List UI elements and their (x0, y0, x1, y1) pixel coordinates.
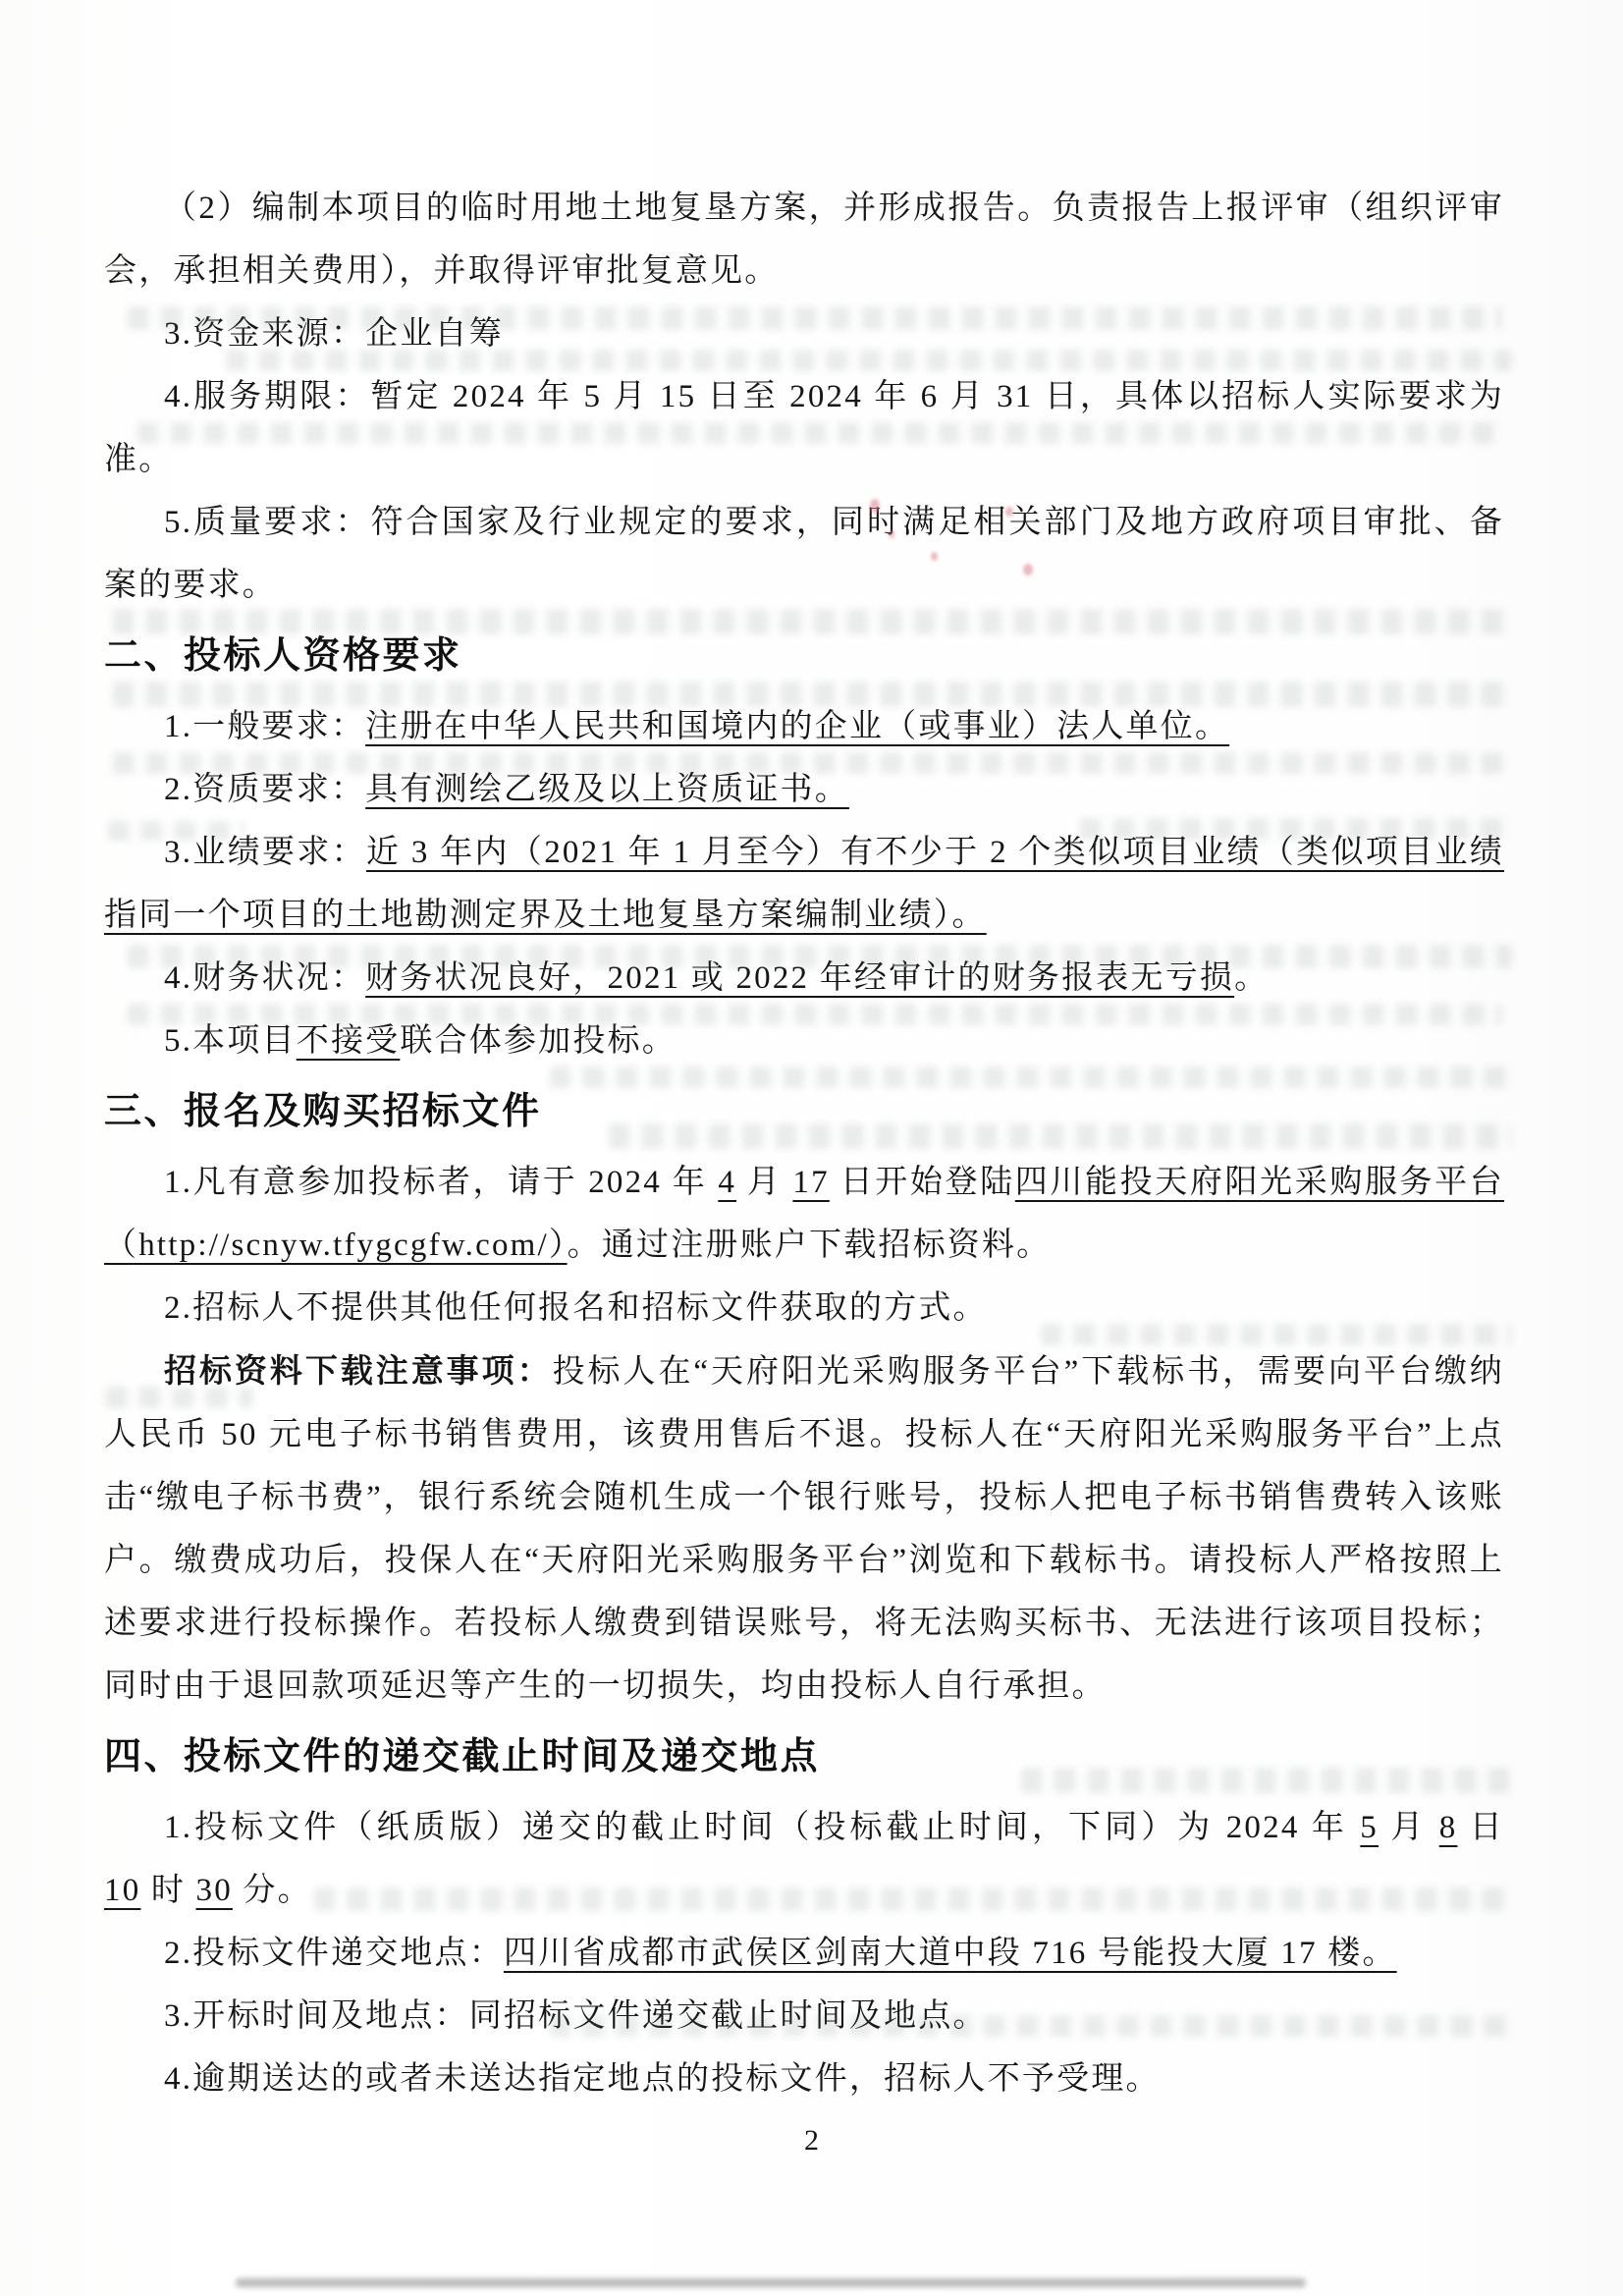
underlined-day: 17 (792, 1165, 829, 1200)
item-text: 5.本项目 (164, 1023, 297, 1059)
underlined-day: 8 (1439, 1810, 1458, 1845)
item-qualification-requirement: 2.资质要求：具有测绘乙级及以上资质证书。 (104, 758, 1504, 821)
notice-body-text: 投标人在“天府阳光采购服务平台”下载标书，需要向平台缴纳人民币 50 元电子标书… (104, 1354, 1504, 1704)
item-label: 2.投标文件递交地点： (164, 1936, 504, 1971)
heading-bidder-qualifications: 二、投标人资格要求 (104, 623, 1504, 689)
item-text: 时 (140, 1873, 195, 1908)
item-submission-deadline-line2: 10 时 30 分。 (104, 1859, 1504, 1922)
page-bottom-shadow (236, 2278, 1306, 2287)
para-download-notice: 招标资料下载注意事项：投标人在“天府阳光采购服务平台”下载标书，需要向平台缴纳人… (104, 1339, 1504, 1718)
item-quality-requirement: 5.质量要求：符合国家及行业规定的要求，同时满足相关部门及地方政府项目审批、备案… (104, 491, 1504, 617)
scan-speckle (870, 499, 880, 513)
item-no-consortium: 5.本项目不接受联合体参加投标。 (104, 1010, 1504, 1072)
scan-speckle (931, 552, 938, 561)
underlined-requirement-text: 财务状况良好，2021 或 2022 年经审计的财务报表无亏损 (365, 960, 1234, 996)
item-bid-opening: 3.开标时间及地点：同招标文件递交截止时间及地点。 (104, 1985, 1504, 2048)
item-text: 月 (1379, 1810, 1439, 1845)
item-text: 。通过注册账户下载招标资料。 (568, 1228, 1052, 1263)
underlined-hour: 10 (104, 1873, 140, 1908)
item-text: 月 (736, 1165, 792, 1200)
underlined-requirement-text: 注册在中华人民共和国境内的企业（或事业）法人单位。 (365, 709, 1229, 744)
item-text: 1.凡有意参加投标者，请于 2024 年 (164, 1165, 718, 1200)
underlined-month: 4 (718, 1165, 736, 1200)
scan-speckle (1005, 507, 1013, 517)
document-content: （2）编制本项目的临时用地土地复垦方案，并形成报告。负责报告上报评审（组织评审会… (104, 177, 1504, 2110)
item-text: 联合体参加投标。 (400, 1023, 676, 1059)
scan-speckle (889, 530, 894, 538)
item-financial-status: 4.财务状况：财务状况良好，2021 或 2022 年经审计的财务报表无亏损。 (104, 947, 1504, 1010)
heading-registration-and-purchase: 三、报名及购买招标文件 (104, 1078, 1504, 1145)
item-text: 日开始登陆 (830, 1165, 1015, 1200)
item-performance-requirement: 3.业绩要求：近 3 年内（2021 年 1 月至今）有不少于 2 个类似项目业… (104, 821, 1504, 947)
para-land-reclamation: （2）编制本项目的临时用地土地复垦方案，并形成报告。负责报告上报评审（组织评审会… (104, 177, 1504, 302)
item-text: 分。 (233, 1873, 312, 1908)
page-number: 2 (0, 2121, 1623, 2160)
underlined-month: 5 (1360, 1810, 1379, 1845)
item-submission-deadline-line1: 1.投标文件（纸质版）递交的截止时间（投标截止时间，下同）为 2024 年 5 … (104, 1796, 1504, 1859)
underlined-requirement-text: 具有测绘乙级及以上资质证书。 (365, 772, 849, 807)
item-no-other-method: 2.招标人不提供其他任何报名和招标文件获取的方式。 (104, 1277, 1504, 1339)
item-label: 2.资质要求： (164, 772, 365, 807)
item-label: 1.一般要求： (164, 709, 365, 744)
item-late-submission: 4.逾期送达的或者未送达指定地点的投标文件，招标人不予受理。 (104, 2048, 1504, 2110)
document-page: （2）编制本项目的临时用地土地复垦方案，并形成报告。负责报告上报评审（组织评审会… (0, 0, 1623, 2296)
item-label: 4.财务状况： (164, 960, 365, 996)
item-registration-platform: 1.凡有意参加投标者，请于 2024 年 4 月 17 日开始登陆四川能投天府阳… (104, 1151, 1504, 1277)
scan-speckle (1023, 564, 1033, 575)
underlined-emphasis: 不接受 (297, 1023, 401, 1059)
item-label: 3.业绩要求： (164, 835, 366, 870)
notice-bold-label: 招标资料下载注意事项： (164, 1352, 553, 1389)
underlined-minute: 30 (196, 1873, 233, 1908)
item-text: 1.投标文件（纸质版）递交的截止时间（投标截止时间，下同）为 2024 年 (164, 1810, 1360, 1845)
item-text: 日 (1457, 1810, 1504, 1845)
item-general-requirement: 1.一般要求：注册在中华人民共和国境内的企业（或事业）法人单位。 (104, 695, 1504, 758)
heading-submission-deadline-location: 四、投标文件的递交截止时间及递交地点 (104, 1723, 1504, 1790)
item-service-period: 4.服务期限：暂定 2024 年 5 月 15 日至 2024 年 6 月 31… (104, 365, 1504, 491)
item-funding-source: 3.资金来源：企业自筹 (104, 302, 1504, 365)
item-submission-location: 2.投标文件递交地点：四川省成都市武侯区剑南大道中段 716 号能投大厦 17 … (104, 1922, 1504, 1985)
sentence-end: 。 (1234, 960, 1269, 996)
underlined-address: 四川省成都市武侯区剑南大道中段 716 号能投大厦 17 楼。 (504, 1936, 1397, 1971)
